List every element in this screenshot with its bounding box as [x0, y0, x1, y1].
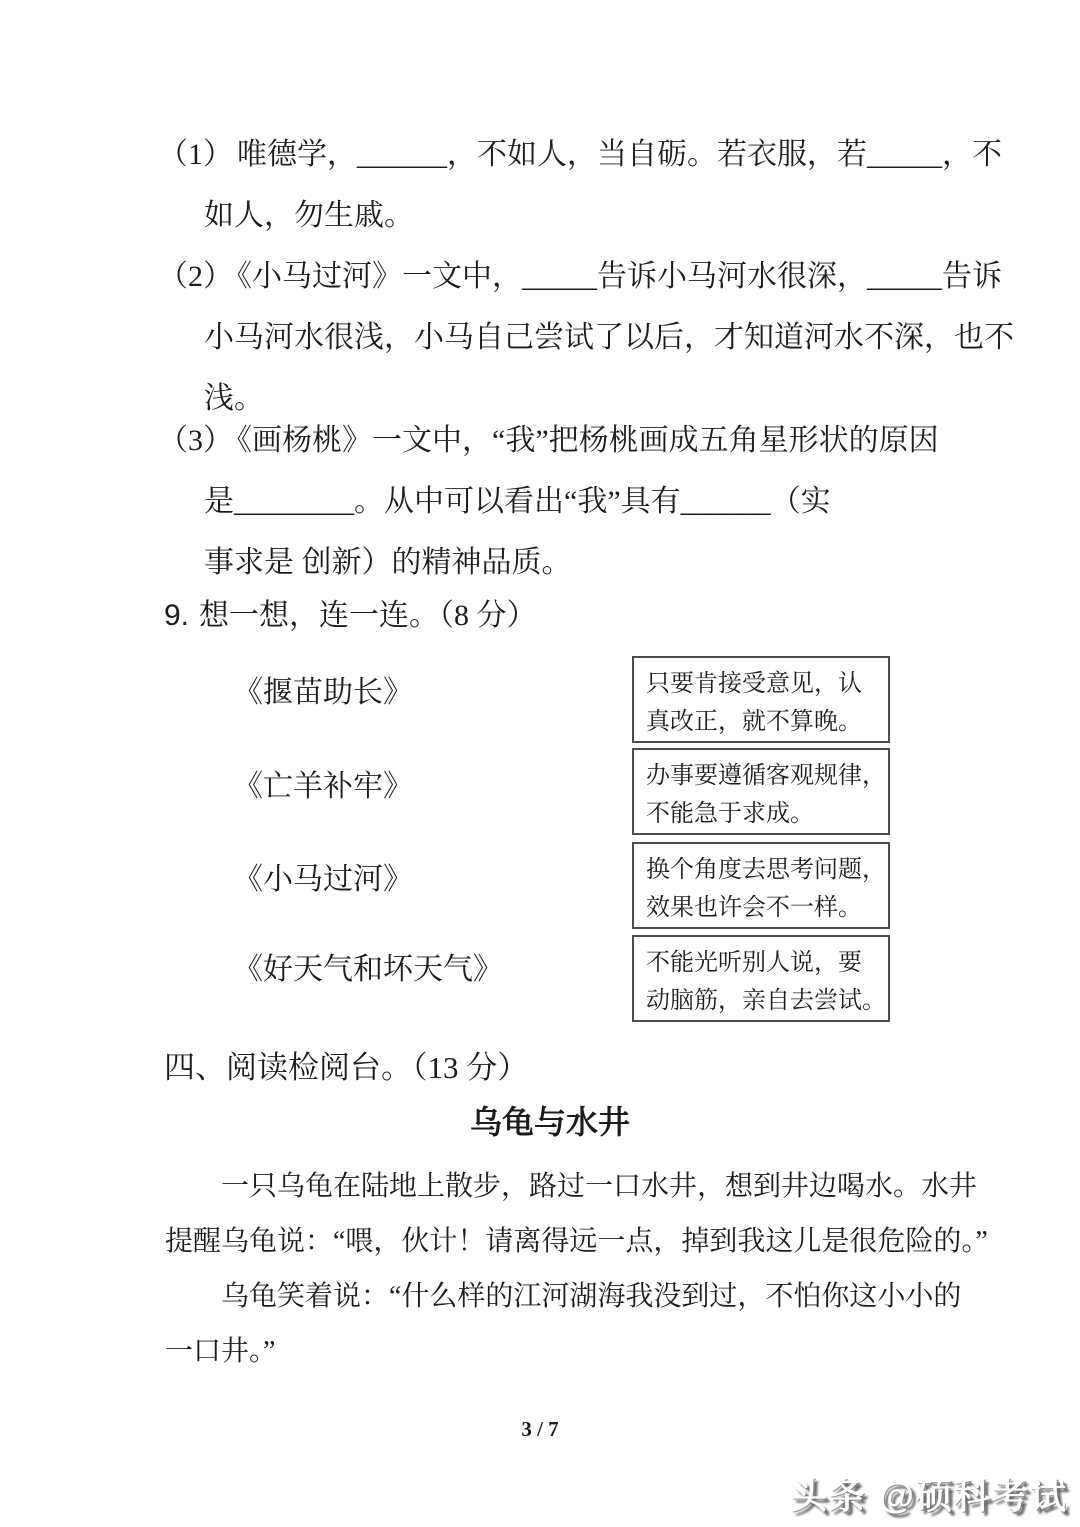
matching-right-box-4: 不能光听别人说，要 动脑筋，亲自去尝试。 [632, 935, 890, 1022]
question-text: 唯德学，______，不如人，当自砺。若衣服，若_____，不 [237, 138, 1002, 171]
question-text: 小马河水很浅，小马自己尝试了以后，才知道河水不深，也不 [204, 307, 978, 368]
passage-line: 一口井。” [165, 1324, 965, 1379]
section-4-heading: 四、阅读检阅台。（13 分） [164, 1037, 528, 1098]
question-text: 是________。从中可以看出“我”具有______（实 [204, 471, 978, 532]
passage-line: 乌龟笑着说：“什么样的江河湖海我没到过，不怕你这小小的 [165, 1269, 965, 1324]
item-number-label: （3） [158, 424, 233, 457]
question-item-1: （1）唯德学，______，不如人，当自砺。若衣服，若_____，不 如人，勿生… [158, 124, 978, 246]
box-text-line: 只要肯接受意见，认 [646, 665, 884, 703]
item-number-label: （1） [158, 138, 233, 171]
box-text-line: 不能光听别人说，要 [646, 944, 884, 982]
item-number-label: （2） [158, 260, 233, 293]
question-item-3: （3）《画杨桃》一文中，“我”把杨桃画成五角星形状的原因 是________。从… [158, 410, 978, 593]
passage-line: 提醒乌龟说：“喂，伙计！请离得远一点，掉到我这儿是很危险的。” [165, 1214, 965, 1269]
page-number: 3 / 7 [0, 1416, 1080, 1442]
question-text: 事求是 创新）的精神品质。 [204, 532, 978, 593]
matching-left-label-4: 《好天气和坏天气》 [233, 952, 503, 988]
question-item-2: （2）《小马过河》一文中，_____告诉小马河水很深，_____告诉 小马河水很… [158, 246, 978, 429]
passage-line: 一只乌龟在陆地上散步，路过一口水井，想到井边喝水。水井 [165, 1159, 965, 1214]
question-number: 9. [164, 599, 189, 632]
question-text: 如人，勿生戚。 [204, 185, 978, 246]
question-9-heading: 9.想一想，连一连。（8 分） [164, 585, 537, 646]
box-text-line: 动脑筋，亲自去尝试。 [646, 982, 884, 1020]
matching-left-label-3: 《小马过河》 [233, 862, 413, 898]
question-text: 《画杨桃》一文中，“我”把杨桃画成五角星形状的原因 [237, 424, 939, 457]
matching-left-label-2: 《亡羊补牢》 [233, 769, 413, 805]
matching-right-box-2: 办事要遵循客观规律， 不能急于求成。 [632, 748, 890, 835]
exam-page: （1）唯德学，______，不如人，当自砺。若衣服，若_____，不 如人，勿生… [0, 0, 1080, 1527]
box-text-line: 不能急于求成。 [646, 795, 884, 833]
watermark: 头条 @硕科考试 [791, 1468, 1068, 1519]
box-text-line: 办事要遵循客观规律， [646, 757, 884, 795]
question-line: （3）《画杨桃》一文中，“我”把杨桃画成五角星形状的原因 [158, 410, 978, 471]
box-text-line: 真改正，就不算晚。 [646, 703, 884, 741]
question-line: （1）唯德学，______，不如人，当自砺。若衣服，若_____，不 [158, 124, 978, 185]
question-line: （2）《小马过河》一文中，_____告诉小马河水很深，_____告诉 [158, 246, 978, 307]
matching-left-label-1: 《揠苗助长》 [233, 675, 413, 711]
question-9-text: 想一想，连一连。（8 分） [199, 599, 537, 632]
reading-passage: 一只乌龟在陆地上散步，路过一口水井，想到井边喝水。水井 提醒乌龟说：“喂，伙计！… [165, 1159, 965, 1379]
question-text: 《小马过河》一文中，_____告诉小马河水很深，_____告诉 [237, 260, 1002, 293]
box-text-line: 换个角度去思考问题， [646, 851, 884, 889]
matching-right-box-1: 只要肯接受意见，认 真改正，就不算晚。 [632, 656, 890, 743]
matching-right-box-3: 换个角度去思考问题， 效果也许会不一样。 [632, 842, 890, 929]
box-text-line: 效果也许会不一样。 [646, 889, 884, 927]
reading-passage-title: 乌龟与水井 [140, 1102, 960, 1142]
